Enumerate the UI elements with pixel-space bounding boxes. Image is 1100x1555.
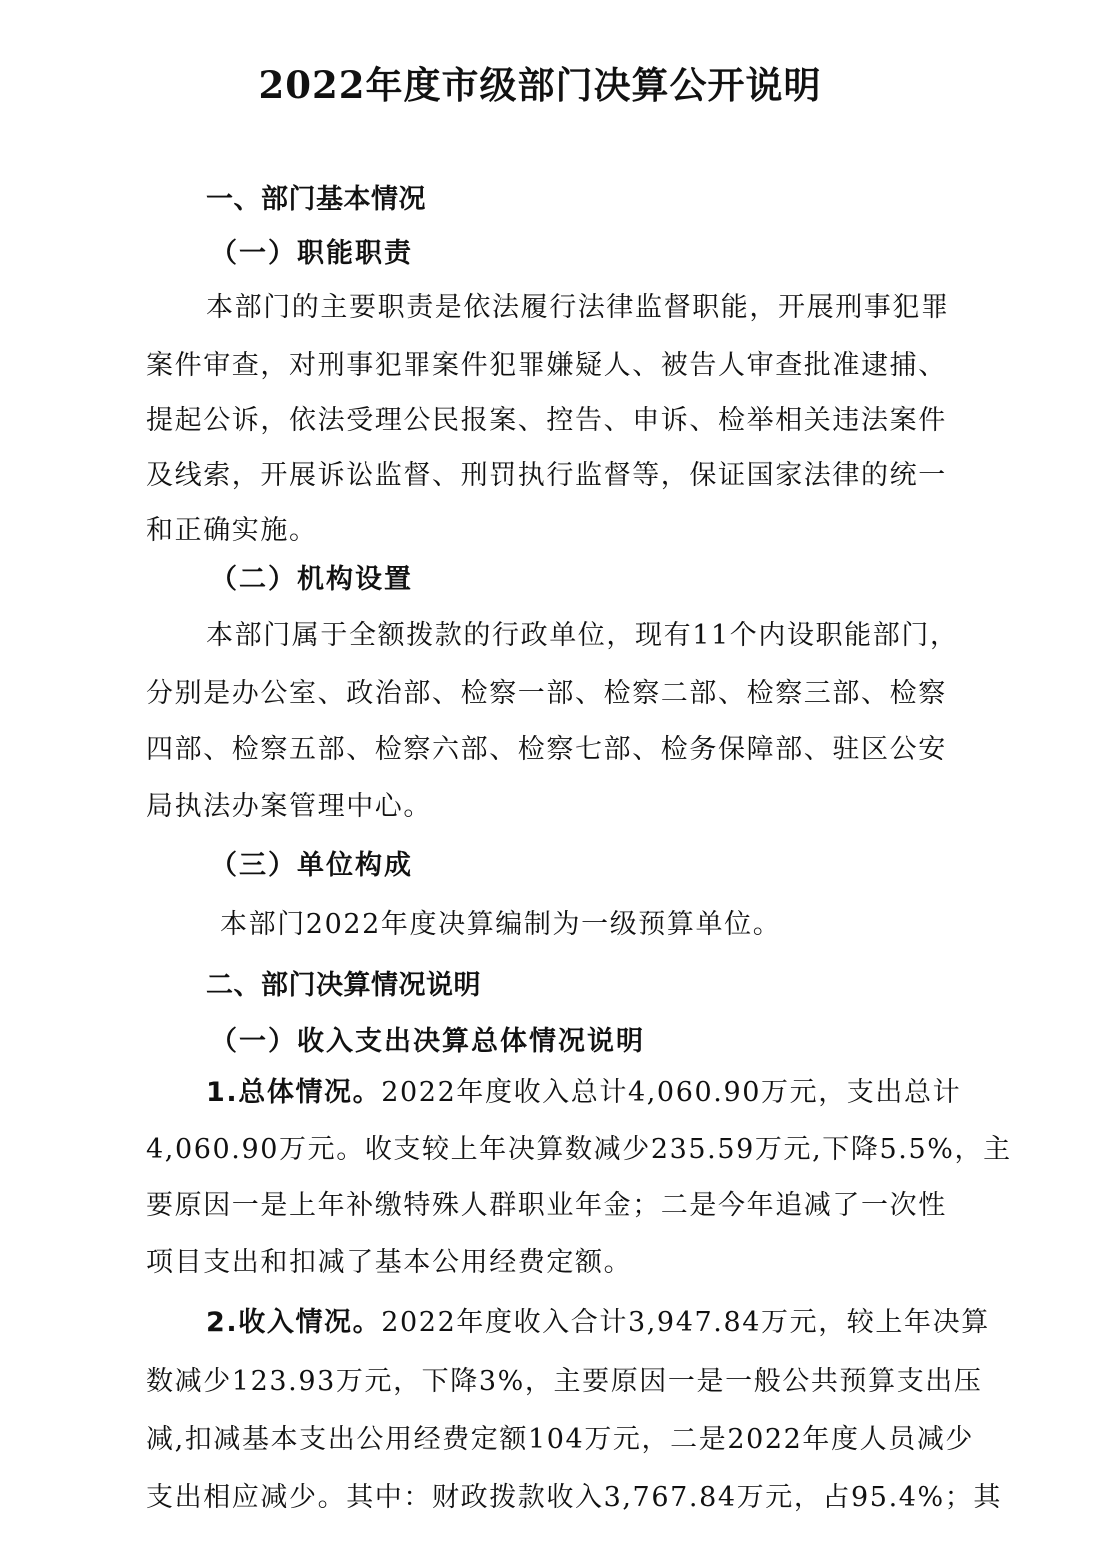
paragraph-line: 和正确实施。 (146, 511, 976, 551)
paragraph-line: 支出相应减少。其中：财政拨款收入3,767.84万元，占95.4%；其 (146, 1478, 976, 1518)
subsection-heading-units: （三）单位构成 (210, 846, 1040, 886)
paragraph-line: 要原因一是上年补缴特殊人群职业年金；二是今年追减了一次性 (146, 1186, 976, 1226)
paragraph-line: 数减少123.93万元，下降3%，主要原因一是一般公共预算支出压 (146, 1362, 976, 1402)
paragraph-line: 本部门属于全额拨款的行政单位，现有11个内设职能部门， (206, 616, 976, 656)
paragraph-line: 本部门的主要职责是依法履行法律监督职能，开展刑事犯罪 (206, 288, 976, 328)
paragraph-line: 案件审查，对刑事犯罪案件犯罪嫌疑人、被告人审查批准逮捕、 (146, 346, 976, 386)
paragraph-line: 本部门2022年度决算编制为一级预算单位。 (220, 905, 1050, 945)
section-heading-final-accounts: 二、部门决算情况说明 (206, 966, 1036, 1006)
subsection-heading-duties: （一）职能职责 (210, 234, 1040, 274)
paragraph-line: 四部、检察五部、检察六部、检察七部、检务保障部、驻区公安 (146, 730, 976, 770)
paragraph-line: 减,扣减基本支出公用经费定额104万元，二是2022年度人员减少 (146, 1420, 976, 1460)
paragraph-text: 2022年度收入总计4,060.90万元，支出总计 (381, 1077, 961, 1108)
paragraph-line: 局执法办案管理中心。 (146, 787, 976, 827)
document-title: 2022年度市级部门决算公开说明 (0, 60, 1080, 110)
paragraph-text: 2022年度收入合计3,947.84万元，较上年决算 (381, 1307, 990, 1338)
subsection-heading-income-expense-overview: （一）收入支出决算总体情况说明 (210, 1022, 1040, 1062)
paragraph-first-line: 1.总体情况。2022年度收入总计4,060.90万元，支出总计 (206, 1073, 976, 1113)
document-page: 2022年度市级部门决算公开说明 一、部门基本情况 （一）职能职责 本部门的主要… (0, 0, 1100, 1555)
paragraph-lead-overall: 1.总体情况。 (206, 1077, 381, 1108)
paragraph-line: 及线索，开展诉讼监督、刑罚执行监督等，保证国家法律的统一 (146, 456, 976, 496)
paragraph-line: 分别是办公室、政治部、检察一部、检察二部、检察三部、检察 (146, 674, 976, 714)
paragraph-line: 项目支出和扣减了基本公用经费定额。 (146, 1243, 976, 1283)
section-heading-basic-info: 一、部门基本情况 (206, 180, 1036, 220)
paragraph-line: 提起公诉，依法受理公民报案、控告、申诉、检举相关违法案件 (146, 401, 976, 441)
paragraph-first-line: 2.收入情况。2022年度收入合计3,947.84万元，较上年决算 (206, 1303, 976, 1343)
subsection-heading-organization: （二）机构设置 (210, 560, 1040, 600)
paragraph-lead-income: 2.收入情况。 (206, 1307, 381, 1338)
paragraph-line: 4,060.90万元。收支较上年决算数减少235.59万元,下降5.5%，主 (146, 1130, 976, 1170)
